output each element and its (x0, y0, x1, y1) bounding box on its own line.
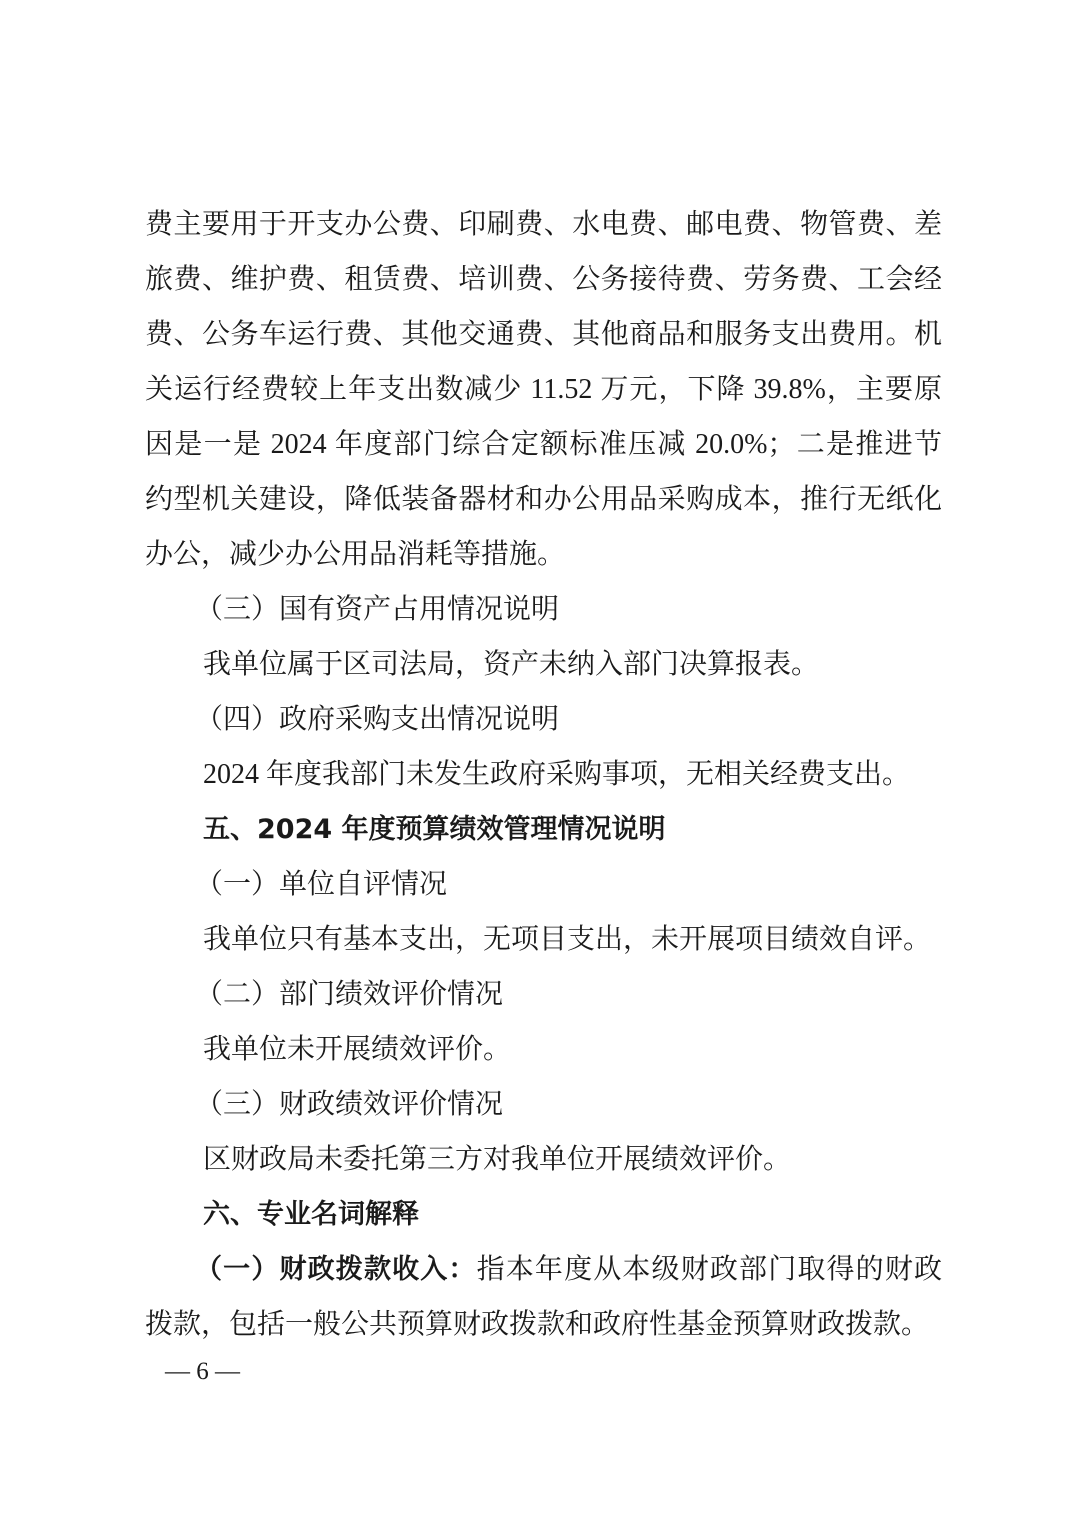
paragraph-line: 费、公务车运行费、其他交通费、其他商品和服务支出费用。机 (145, 307, 942, 362)
paragraph-fiscal-evaluation: 区财政局未委托第三方对我单位开展绩效评价。 (145, 1132, 942, 1187)
term-definition-line: 拨款，包括一般公共预算财政拨款和政府性基金预算财政拨款。 (145, 1297, 942, 1352)
paragraph-line: 约型机关建设，降低装备器材和办公用品采购成本，推行无纸化 (145, 472, 942, 527)
paragraph-procurement: 2024 年度我部门未发生政府采购事项，无相关经费支出。 (145, 747, 942, 802)
section-heading-five: 五、2024 年度预算绩效管理情况说明 (145, 802, 942, 857)
term-text: 指本年度从本级财政部门取得的财政 (477, 1254, 942, 1285)
term-label: （一）财政拨款收入： (195, 1254, 477, 1285)
subheading-department-evaluation: （二）部门绩效评价情况 (145, 967, 942, 1022)
document-page: 费主要用于开支办公费、印刷费、水电费、邮电费、物管费、差 旅费、维护费、租赁费、… (0, 0, 1075, 1520)
page-number: — 6 — (165, 1356, 240, 1388)
paragraph-line: 关运行经费较上年支出数减少 11.52 万元，下降 39.8%，主要原 (145, 362, 942, 417)
paragraph-line: 费主要用于开支办公费、印刷费、水电费、邮电费、物管费、差 (145, 197, 942, 252)
paragraph-assets: 我单位属于区司法局，资产未纳入部门决算报表。 (145, 637, 942, 692)
document-body: 费主要用于开支办公费、印刷费、水电费、邮电费、物管费、差 旅费、维护费、租赁费、… (145, 197, 942, 1352)
term-definition-line: （一）财政拨款收入：指本年度从本级财政部门取得的财政 (145, 1242, 942, 1297)
section-heading-six: 六、专业名词解释 (145, 1187, 942, 1242)
paragraph-department-evaluation: 我单位未开展绩效评价。 (145, 1022, 942, 1077)
subheading-assets: （三）国有资产占用情况说明 (145, 582, 942, 637)
paragraph-line: 旅费、维护费、租赁费、培训费、公务接待费、劳务费、工会经 (145, 252, 942, 307)
subheading-procurement: （四）政府采购支出情况说明 (145, 692, 942, 747)
subheading-self-evaluation: （一）单位自评情况 (145, 857, 942, 912)
paragraph-line: 办公，减少办公用品消耗等措施。 (145, 527, 942, 582)
paragraph-line: 因是一是 2024 年度部门综合定额标准压减 20.0%；二是推进节 (145, 417, 942, 472)
subheading-fiscal-evaluation: （三）财政绩效评价情况 (145, 1077, 942, 1132)
paragraph-self-evaluation: 我单位只有基本支出，无项目支出，未开展项目绩效自评。 (145, 912, 942, 967)
